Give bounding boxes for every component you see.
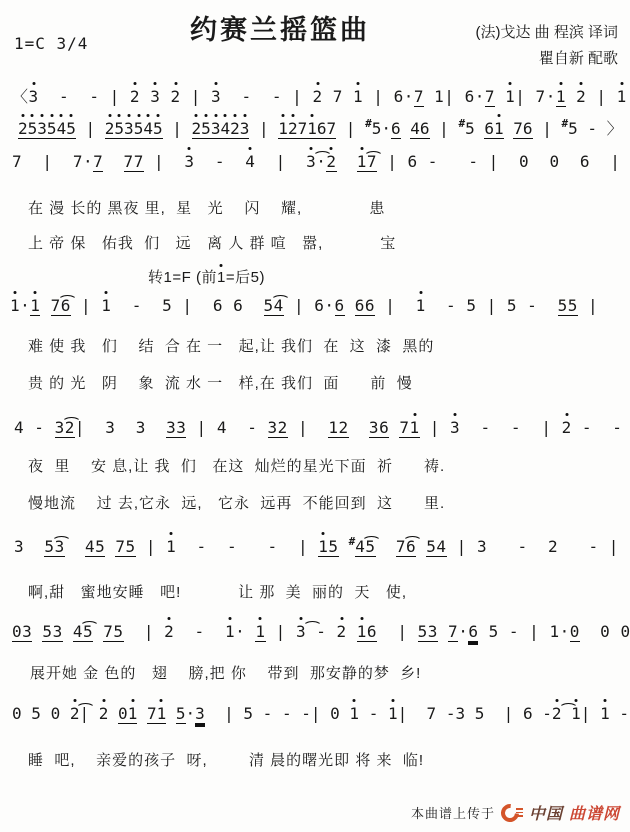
key-signature: 1=C 3/4 [14,34,88,53]
notation-line-1: 〈3 - - | 2 3 2 | 3 - - | 2 7 1 | 6·7 1| … [12,84,630,107]
lyrics-line-4: 贵 的 光 阴 象 流 水 一 样,在 我们 面 前 慢 [28,372,413,393]
sheet-music-page: 约赛兰摇篮曲 (法)戈达 曲 程滨 译词 瞿自新 配歌 1=C 3/4 〈3 -… [0,0,630,832]
lyrics-line-9: 睡 吧, 亲爱的孩子 呀, 清 晨的曙光即 将 来 临! [28,749,424,770]
arranger-credit: 瞿自新 配歌 [476,46,619,72]
logo-c-mark [497,800,522,825]
lyrics-line-2: 上 帝 保 佑我 们 远 离 人 群 喧 嚣, 宝 [28,232,396,253]
notation-line-6: 3 53 45 75 | 1 - - - | 15 #45 76 54 | 3 … [14,535,619,557]
lyrics-line-6: 慢地流 过 去,它永 远, 它永 远再 不能回到 这 里. [28,492,445,513]
composer-credit: (法)戈达 曲 程滨 译词 [476,20,619,46]
site-name-primary: 中国 [529,801,563,824]
notation-line-3: 7 | 7·7 77 | 3 - 4 | 3·2 17 | 6 - - | 0 … [12,152,620,172]
notation-line-2: 253545 | 253545 | 253423 | 127167 | #5·6… [18,116,623,139]
notation-line-7: 03 53 45 75 | 2 - 1· 1 | 3 - 2 16 | 53 7… [12,622,630,642]
lyrics-line-1: 在 漫 长的 黑夜 里, 星 光 闪 耀, 患 [28,197,385,218]
site-name-secondary: 曲谱网 [569,801,620,824]
lyrics-line-8: 展开她 金 色的 翅 膀,把 你 带到 那安静的梦 乡! [30,662,421,683]
site-logo-icon [501,804,523,822]
notation-line-8: 0 5 0 2| 2 01 71 5·3 | 5 - - -| 0 1 - 1|… [12,704,630,724]
lyrics-line-5: 夜 里 安 息,让 我 们 在这 灿烂的星光下面 祈 祷. [28,455,445,476]
footer: 本曲谱上传于 中国曲谱网 [411,801,620,824]
key-change-marking: 转1=F (前1=后5) [148,266,265,287]
lyrics-line-3: 难 使 我 们 结 合 在 一 起,让 我们 在 这 漆 黑的 [28,335,434,356]
credits: (法)戈达 曲 程滨 译词 瞿自新 配歌 [476,20,619,72]
lyrics-line-7: 啊,甜 蜜地安睡 吧! 让 那 美 丽的 天 使, [28,581,407,602]
notation-line-4: 1·1 76 | 1 - 5 | 6 6 54 | 6·6 66 | 1 - 5… [10,296,598,316]
upload-note: 本曲谱上传于 [411,803,495,822]
notation-line-5: 4 - 32| 3 3 33 | 4 - 32 | 12 36 71 | 3 -… [14,418,630,438]
